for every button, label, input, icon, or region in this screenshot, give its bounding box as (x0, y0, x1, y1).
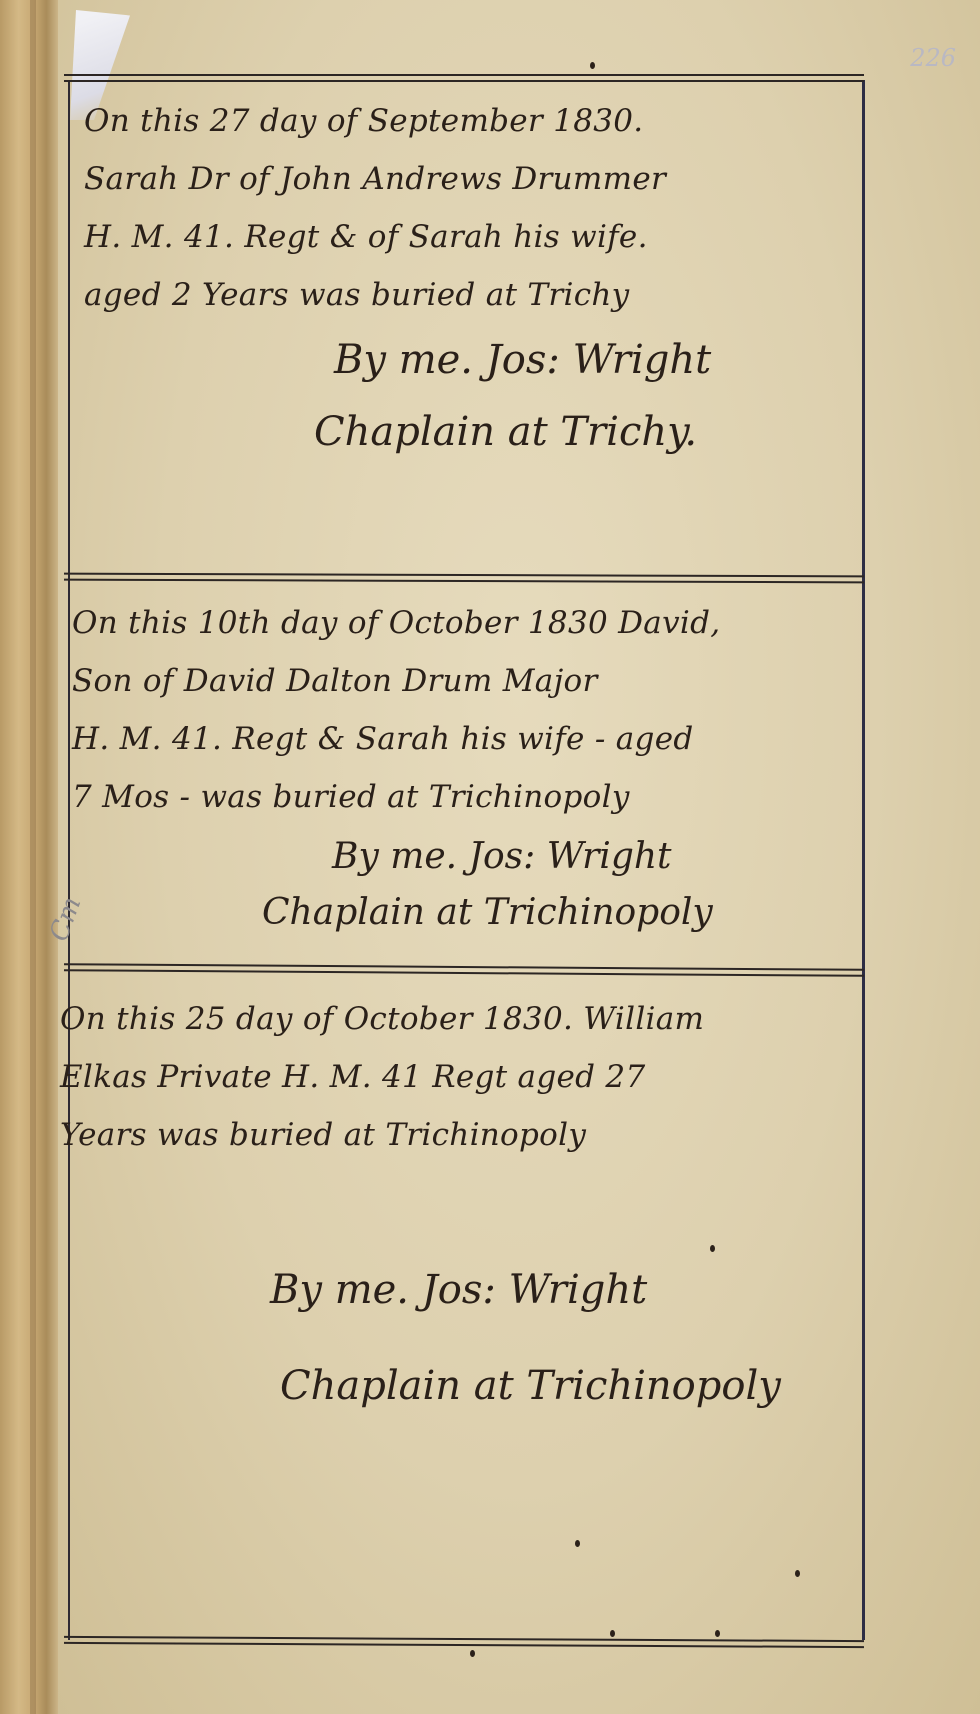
signature-title: Chaplain at Trichinopoly (72, 888, 842, 938)
entry-line: Son of David Dalton Drum Major (72, 652, 842, 710)
signature-by: By me. Jos: Wright (60, 1254, 830, 1326)
entry-line: Years was buried at Trichinopoly (60, 1106, 830, 1164)
entry-line: On this 27 day of September 1830. (84, 92, 854, 150)
signature-title: Chaplain at Trichinopoly (60, 1350, 830, 1422)
burial-entry: On this 10th day of October 1830 David, … (72, 594, 842, 938)
page-number: 226 (910, 44, 956, 72)
entry-line: H. M. 41. Regt & of Sarah his wife. (84, 208, 854, 266)
entry-line: Sarah Dr of John Andrews Drummer (84, 150, 854, 208)
ink-speck (710, 1245, 715, 1252)
signature-by: By me. Jos: Wright (72, 826, 842, 888)
ink-speck (470, 1650, 475, 1657)
entry-line: 7 Mos - was buried at Trichinopoly (72, 768, 842, 826)
entry-line: aged 2 Years was buried at Trichy (84, 266, 854, 324)
ink-speck (715, 1630, 720, 1637)
burial-entry: On this 25 day of October 1830. William … (60, 990, 830, 1422)
entry-line: On this 25 day of October 1830. William (60, 990, 830, 1048)
top-double-rule (64, 74, 864, 82)
signature-title: Chaplain at Trichy. (84, 396, 854, 468)
signature-by: By me. Jos: Wright (84, 324, 854, 396)
ink-speck (575, 1540, 580, 1547)
ink-speck (590, 62, 595, 69)
entry-line: Elkas Private H. M. 41 Regt aged 27 (60, 1048, 830, 1106)
binding-fold (30, 0, 36, 1714)
entry-line: H. M. 41. Regt & Sarah his wife - aged (72, 710, 842, 768)
ink-speck (795, 1570, 800, 1577)
burial-entry: On this 27 day of September 1830. Sarah … (84, 92, 854, 468)
ink-speck (610, 1630, 615, 1637)
entry-line: On this 10th day of October 1830 David, (72, 594, 842, 652)
